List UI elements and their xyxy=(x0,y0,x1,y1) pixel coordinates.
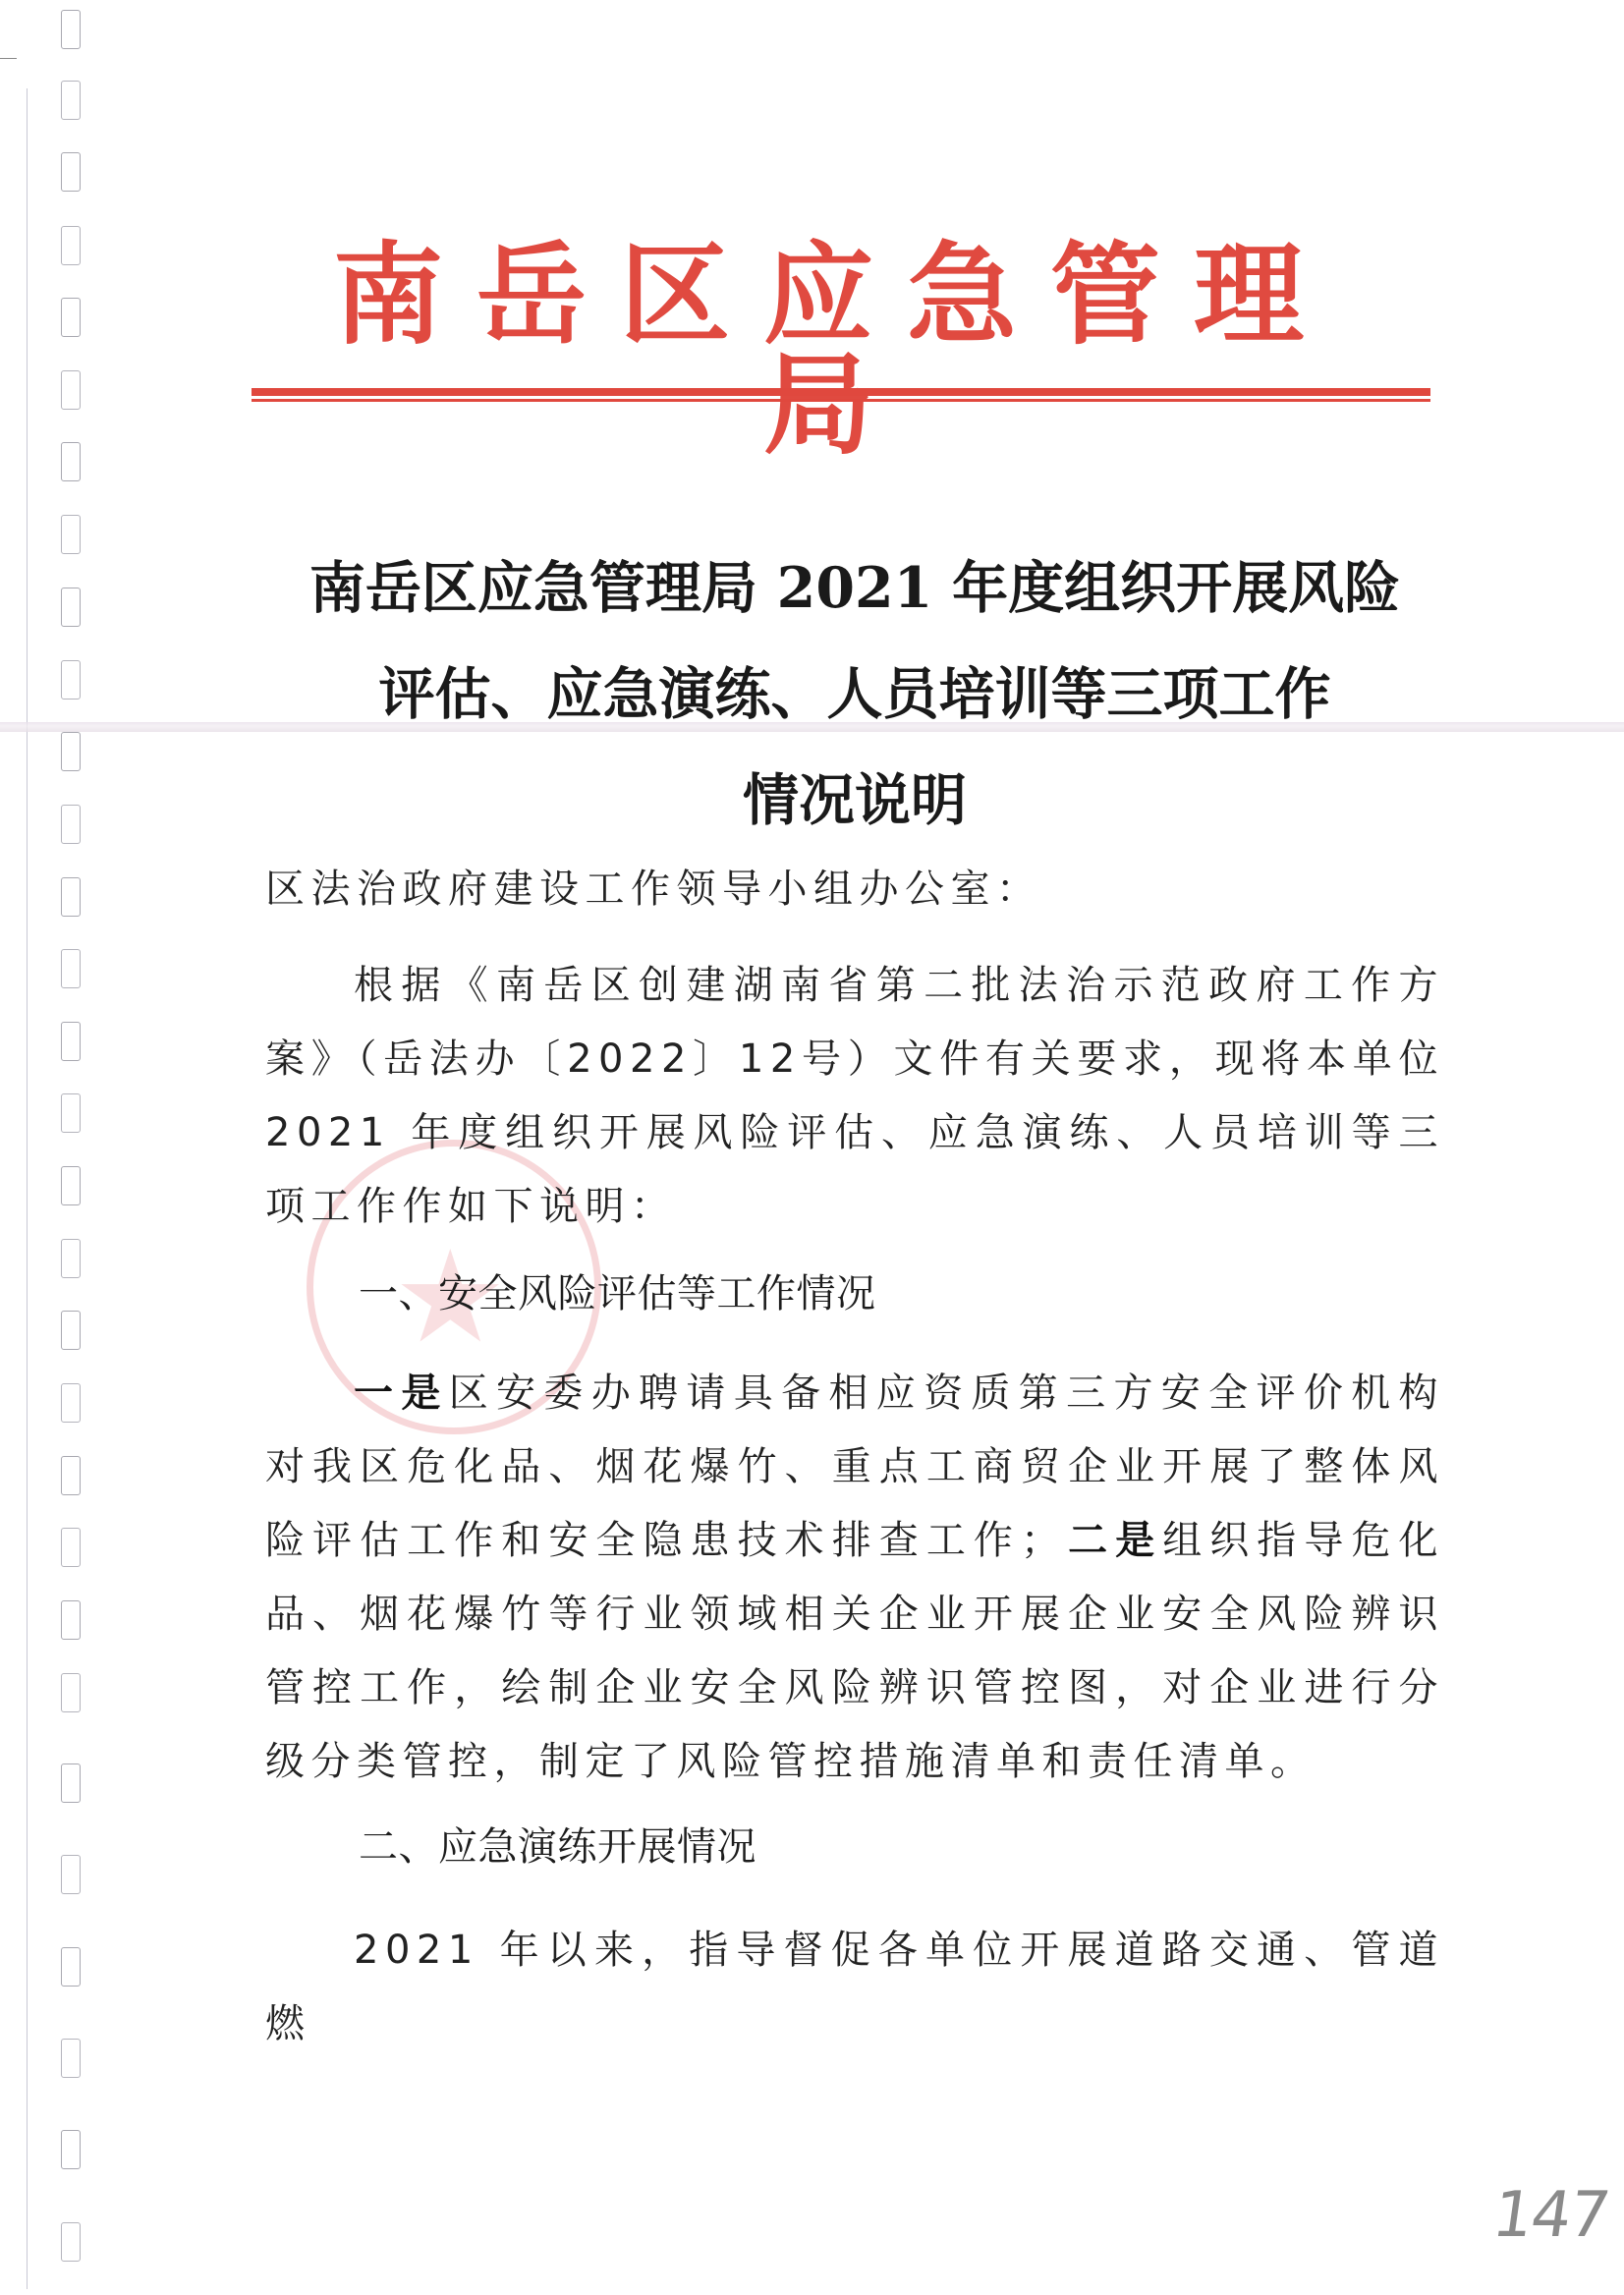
binding-hole xyxy=(61,2039,81,2078)
binding-hole xyxy=(61,1947,81,1987)
binding-hole xyxy=(61,660,81,700)
binding-hole xyxy=(61,732,81,771)
binding-hole xyxy=(61,877,81,917)
binding-hole xyxy=(61,1528,81,1567)
handwritten-page-number: 147 xyxy=(1488,2179,1613,2252)
binding-hole xyxy=(61,2130,81,2169)
binding-hole xyxy=(61,1600,81,1640)
binding-hole xyxy=(61,1093,81,1133)
binding-hole xyxy=(61,949,81,988)
section-heading-1: 一、安全风险评估等工作情况 xyxy=(359,1258,1444,1331)
binding-hole xyxy=(61,442,81,481)
letterhead-divider-thin xyxy=(252,399,1430,402)
document-body: 区法治政府建设工作领导小组办公室： 根据《南岳区创建湖南省第二批法治示范政府工作… xyxy=(265,853,1444,2061)
intro-paragraph: 根据《南岳区创建湖南省第二批法治示范政府工作方案》（岳法办〔2022〕12号）文… xyxy=(265,949,1444,1244)
lead-phrase-2: 二是 xyxy=(1067,1518,1163,1563)
binding-hole xyxy=(61,805,81,844)
section2-paragraph: 2021 年以来，指导督促各单位开展道路交通、管道燃 xyxy=(265,1914,1444,2061)
binding-hole xyxy=(61,1166,81,1205)
binding-hole xyxy=(61,1311,81,1350)
binding-hole xyxy=(61,1855,81,1894)
binding-hole xyxy=(61,515,81,554)
binding-hole xyxy=(61,298,81,337)
document-title: 南岳区应急管理局 2021 年度组织开展风险 评估、应急演练、人员培训等三项工作… xyxy=(295,535,1415,854)
binding-hole xyxy=(61,152,81,192)
binding-hole xyxy=(61,226,81,265)
letterhead-divider-thick xyxy=(252,388,1430,396)
binding-hole xyxy=(61,1239,81,1278)
letterhead-org-name: 南岳区应急管理局 xyxy=(314,241,1356,461)
binding-hole xyxy=(61,588,81,627)
salutation: 区法治政府建设工作领导小组办公室： xyxy=(265,853,1444,926)
binding-hole xyxy=(61,1456,81,1495)
title-line: 评估、应急演练、人员培训等三项工作 xyxy=(295,642,1415,748)
binding-hole xyxy=(61,1673,81,1712)
binding-hole xyxy=(61,1763,81,1803)
binding-hole xyxy=(61,10,81,49)
margin-line xyxy=(27,88,28,2289)
lead-phrase-1: 一是 xyxy=(354,1371,449,1416)
binding-hole xyxy=(61,1383,81,1423)
section-heading-2: 二、应急演练开展情况 xyxy=(359,1811,1444,1884)
title-line: 情况说明 xyxy=(295,748,1415,854)
margin-tick xyxy=(0,58,17,59)
binding-hole xyxy=(61,1022,81,1061)
binding-hole xyxy=(61,81,81,120)
title-line: 南岳区应急管理局 2021 年度组织开展风险 xyxy=(295,535,1415,642)
binding-hole xyxy=(61,370,81,410)
binding-hole xyxy=(61,2222,81,2262)
section1-paragraph: 一是区安委办聘请具备相应资质第三方安全评价机构对我区危化品、烟花爆竹、重点工商贸… xyxy=(265,1357,1444,1799)
